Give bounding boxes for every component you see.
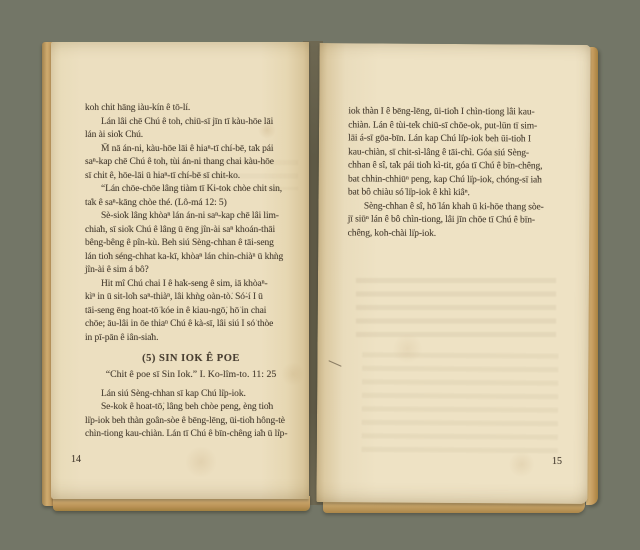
text-line: kìⁿ in ū sit-lo̍h saⁿ-thiàⁿ, lâi khǹg oà…	[85, 291, 297, 305]
text-line: chhan ê sî, ta̍k pái tio̍h kì-tit, góa t…	[348, 159, 560, 174]
text-line: sī chit ê, hōe-lāi ū hiaⁿ-tī chí-bē sī c…	[85, 170, 297, 184]
showthrough-texture	[356, 278, 556, 338]
text-line: saⁿ-kap chē Chú ê toh, tùi án-ni thang c…	[85, 156, 297, 170]
text-line: Lán siú Sèng-chhan sī kap Chú li̍p-iok.	[85, 388, 297, 402]
text-line: Lán lâi chē Chú ê toh, chiū-sī jīn tī kà…	[85, 116, 297, 130]
page-number-right: 15	[552, 456, 562, 467]
text-line: lán tio̍h séng-chhat ka-kī, khòaⁿ lán ch…	[85, 251, 297, 265]
text-line: lāi á-sī gōa-bīn. Lán kap Chú li̍p-iok b…	[348, 132, 560, 147]
text-line: “Lán chōe-chōe lâng tiàm tī Ki-tok chòe …	[85, 183, 297, 197]
text-line: Sèng-chhan ê sî, hō͘ lán khah ū ki-hōe t…	[348, 200, 560, 215]
text-line: chiàn. Lán ê tùi-te̍k chiū-sī chōe-ok, p…	[348, 119, 560, 134]
text-line: bat chhin-chhiūⁿ peng, kap Chú li̍p-iok,…	[348, 173, 560, 188]
text-line: chōe; āu-lâi in ōe thiaⁿ Chú ê kà-sī, lâ…	[85, 318, 297, 332]
text-line: tāi-seng ēng hoat-tō͘ kóe in ê kiau-ngō͘…	[85, 305, 297, 319]
text-line: Hit mî Chú chai I ê ha̍k-seng ê sim, iā …	[85, 278, 297, 292]
text-line: koh chit hāng iàu-kín ê tō-lí.	[85, 102, 297, 116]
text-line: jī siūⁿ lán ê bô chìn-tiong, lâi jīn chō…	[348, 213, 560, 228]
section-heading: (5) SIN IOK Ê POE	[85, 352, 297, 366]
right-page-text: iok thàn I ê bēng-lēng, ūi-tio̍h I chìn-…	[348, 105, 561, 241]
text-line: kau-chiàn, sī chit-sì-lâng ê tāi-chì. Gó…	[348, 146, 560, 161]
text-line: Sè-sio̍k lâng khòaⁿ lán án-ni saⁿ-kap ch…	[85, 210, 297, 224]
showthrough-texture	[362, 352, 559, 461]
left-page-text: koh chit hāng iàu-kín ê tō-lí.Lán lâi ch…	[85, 102, 297, 442]
text-line: li̍p-iok beh thàn goân-sòe ê bēng-lēng, …	[85, 415, 297, 429]
photo-background: koh chit hāng iàu-kín ê tō-lí.Lán lâi ch…	[0, 0, 640, 550]
text-line: M̄ nā án-ni, kàu-hōe lāi ê hiaⁿ-tī chí-b…	[85, 143, 297, 157]
text-line: chìn-tiong kau-chiàn. Lán tī Chú ê bīn-c…	[85, 428, 297, 442]
text-line: ta̍k ê saⁿ-kāng chòe thé. (Lô-má 12: 5)	[85, 197, 297, 211]
page-number-left: 14	[71, 454, 81, 465]
text-line: chêng, koh-chài li̍p-iok.	[348, 227, 560, 242]
text-line: bat bô chiàu só͘ li̍p-iok ê khì kiâⁿ.	[348, 186, 560, 201]
text-line: jîn-ài ê sim á bô?	[85, 264, 297, 278]
scripture-quote: “Chit ê poe sī Sin Iok.” I. Ko-lîm-to. 1…	[85, 368, 297, 382]
open-book: koh chit hāng iàu-kín ê tō-lí.Lán lâi ch…	[40, 38, 600, 518]
left-page-paragraphs: koh chit hāng iàu-kín ê tō-lí.Lán lâi ch…	[85, 102, 297, 345]
text-line: lán ài sio̍k Chú.	[85, 129, 297, 143]
text-line: Se-kok ê hoat-tō͘, lâng beh chòe peng, è…	[85, 401, 297, 415]
text-line: bêng-bêng ê pîn-kù. Beh siú Sèng-chhan ê…	[85, 237, 297, 251]
text-line: in pī-pān ê iân-sia̍h.	[85, 332, 297, 346]
text-line: iok thàn I ê bēng-lēng, ūi-tio̍h I chìn-…	[348, 105, 560, 120]
right-page-paragraphs: iok thàn I ê bēng-lēng, ūi-tio̍h I chìn-…	[348, 105, 561, 241]
text-line: chia̍h, sī sio̍k Chú ê lâng ū ēng jîn-ài…	[85, 224, 297, 238]
left-page-paragraphs-after-heading: Lán siú Sèng-chhan sī kap Chú li̍p-iok.S…	[85, 388, 297, 442]
